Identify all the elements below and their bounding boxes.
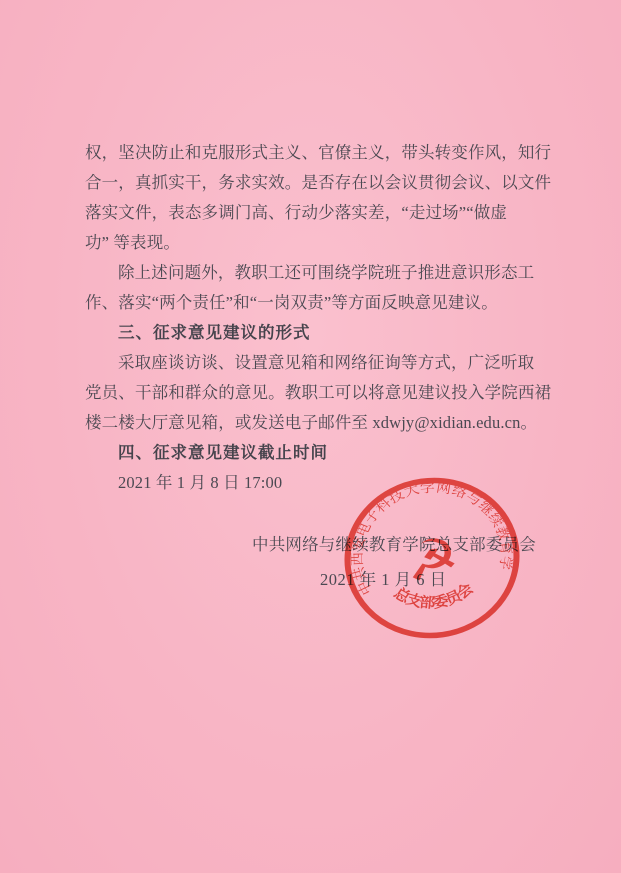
body-line: 作、落实“两个责任”和“一岗双责”等方面反映意见建议。 bbox=[85, 288, 565, 318]
official-seal-graphic: 中共西安电子科技大学网络与继续教育学院 ☭ 总支部委员会 bbox=[328, 461, 536, 655]
official-seal: 中共西安电子科技大学网络与继续教育学院 ☭ 总支部委员会 bbox=[328, 461, 536, 655]
party-emblem-icon: ☭ bbox=[402, 525, 464, 595]
body-line: 合一，真抓实干，务求实效。是否存在以会议贯彻会议、以文件 bbox=[85, 168, 565, 198]
body-line: 权，坚决防止和克服形式主义、官僚主义，带头转变作风，知行 bbox=[85, 138, 565, 168]
section-heading-form: 三、征求意见建议的形式 bbox=[85, 318, 565, 348]
scanned-document-page: 权，坚决防止和克服形式主义、官僚主义，带头转变作风，知行 合一，真抓实干，务求实… bbox=[0, 0, 621, 873]
body-line: 采取座谈访谈、设置意见箱和网络征询等方式，广泛听取 bbox=[85, 348, 565, 378]
body-line: 落实文件，表态多调门高、行动少落实差，“走过场”“做虚 bbox=[85, 198, 565, 228]
document-body: 权，坚决防止和克服形式主义、官僚主义，带头转变作风，知行 合一，真抓实干，务求实… bbox=[85, 138, 565, 498]
body-line-email: 楼二楼大厅意见箱，或发送电子邮件至 xdwjy@xidian.edu.cn。 bbox=[85, 408, 565, 438]
body-line: 功” 等表现。 bbox=[85, 228, 565, 258]
body-line: 除上述问题外，教职工还可围绕学院班子推进意识形态工 bbox=[85, 258, 565, 288]
body-line: 党员、干部和群众的意见。教职工可以将意见建议投入学院西裙 bbox=[85, 378, 565, 408]
